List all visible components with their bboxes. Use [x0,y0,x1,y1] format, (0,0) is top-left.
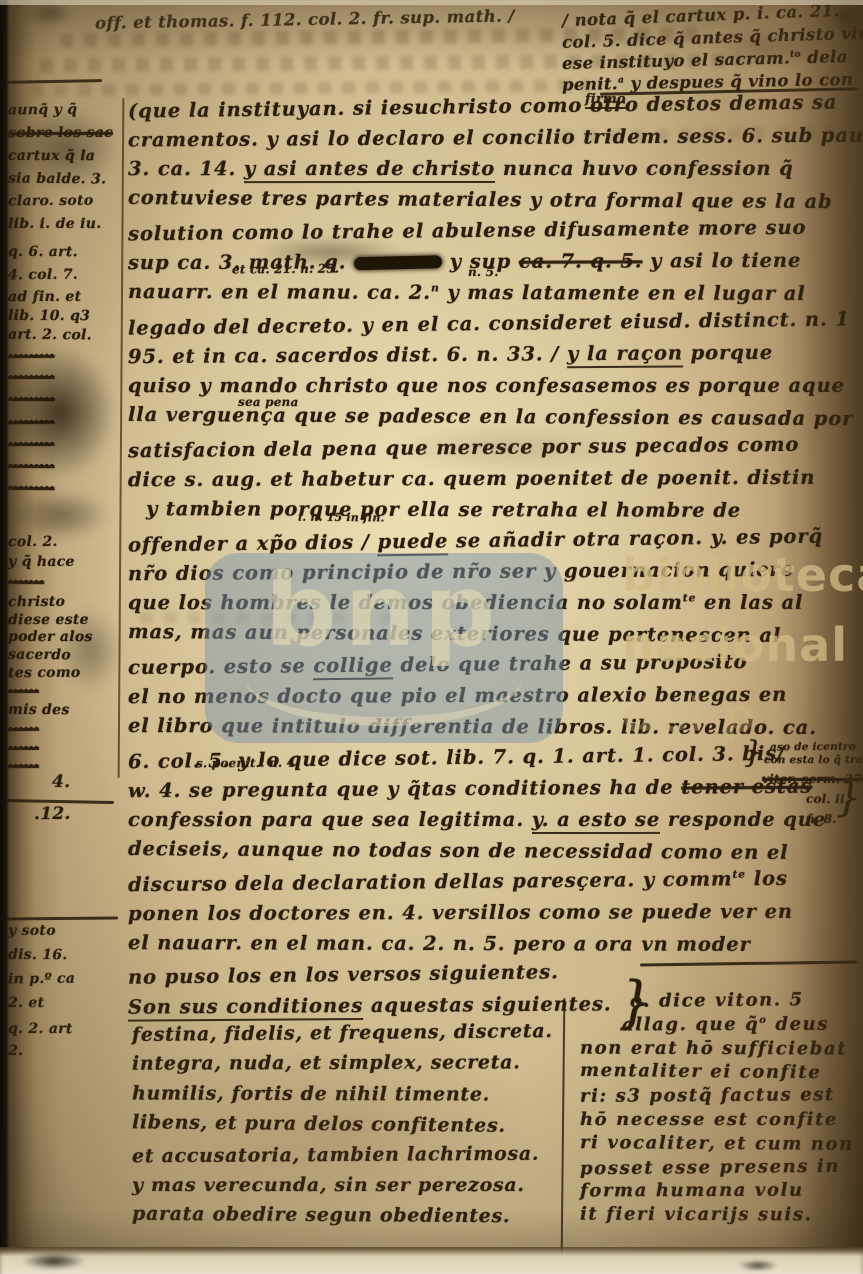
latin-note-line: posset esse presens in [580,1157,840,1177]
brace-glyph: } [744,738,764,768]
brace-glyph: } [618,975,655,1031]
margin-note: ······· [8,575,44,589]
latin-note-line: mentaliter ei confite [580,1062,821,1082]
margin-note: ········· [8,370,55,384]
main-text-line: el no menos docto que pio el maestro ale… [128,685,787,707]
main-text-line: deciseis, aunque no todas son de necessi… [128,839,789,862]
margin-note: viter. serm. 37.ª [762,773,863,785]
main-text-line: quiso y mando christo que nos confesasem… [128,376,845,396]
ink-bleedthrough [560,125,850,142]
header-rule [600,87,858,95]
margin-rule [0,916,118,920]
interlinear-note: i. n. 15 in fin. [298,512,385,524]
main-text-line: sup ca. 3. math. q. y sup ca. 7. q. 5. y… [128,251,801,273]
margin-note: tes como [8,666,81,680]
margin-note: lib. i. de iu. [8,217,101,231]
latin-note-line: hō necesse est confite [580,1111,838,1129]
column-divider-line [561,998,566,1256]
watermark-text: del p [622,692,756,738]
latin-note-line: it fieri vicarijs suis. [580,1206,813,1225]
main-text-line: 95. et in ca. sacerdos dist. 6. n. 33. /… [128,343,773,367]
top-citation-note: off. et thomas. f. 112. col. 2. fr. sup.… [95,8,515,32]
margin-note: sobre los sac [8,126,113,140]
latin-note-line: ri vocaliter, et cum non [580,1134,854,1154]
verse-line: festina, fidelis, et frequens, discreta. [132,1022,553,1045]
margin-note: aunq̃ y q̃ [8,103,77,118]
margin-note: ······ [8,741,39,755]
main-text-line: legado del decreto. y en el ca. consider… [128,309,850,338]
main-text-line: el libro que intitulo differentia de lib… [128,716,817,737]
margin-note: ñ. 8. [806,813,837,825]
ink-smudge [45,590,135,710]
margin-rule [2,799,114,803]
margin-note: sacerdo [8,648,71,663]
ink-smudge [824,0,863,40]
margin-rule [2,79,102,83]
ink-smudge [0,325,135,500]
section-rule [640,960,858,966]
margin-note: ······ [8,759,39,773]
margin-note: con esta lo q̃ trahe [764,755,863,766]
margin-note: 4. [52,774,71,791]
margin-note: lib. 10. q3 [8,309,90,323]
ink-bleedthrough [140,612,400,624]
margin-divider-line [118,98,125,778]
latin-note-line: ri: s3 postq̃ factus est [580,1086,835,1106]
main-text-line: no puso los en los versos siguientes. [128,962,559,987]
margin-note: dis. 16. [8,948,68,962]
margin-note: art. 2. col. [8,328,92,343]
main-text-line: w. 4. se pregunta que y q̃tas conditione… [128,777,812,801]
margin-note: 2. et [8,996,44,1010]
margin-note: ········· [8,415,55,429]
margin-note: mis des [8,703,70,717]
library-watermark: bnp biblioteca nacional del p [0,0,863,1274]
ink-bleedthrough [40,54,740,73]
interlinear-note: s. poenit.a n. 4. [196,757,300,770]
scan-backing-edge [0,0,863,5]
margin-note: ad fin. et [8,290,81,304]
margin-note: ········· [8,437,55,451]
ink-smudge [0,90,140,210]
swoosh-icon [245,665,523,726]
main-text-line: lla verguença que se padesce en la confe… [128,405,853,429]
main-text-line: el nauarr. en el man. ca. 2. n. 5. pero … [128,933,751,954]
main-text-line: offender a xp̃o dios / puede se añadir o… [128,527,823,555]
main-text-line: contuviese tres partes materiales y otra… [128,188,833,212]
latin-note-line: forma humana volu [580,1182,804,1201]
margin-note: ········· [8,349,55,363]
stain [360,418,660,478]
main-text-line: 6. col. 5. y lo que dice sot. lib. 7. q.… [128,744,785,772]
gutter-shadow [0,0,9,1274]
margin-note: diese este [8,613,89,627]
interlinear-note: n. 5. [468,266,499,278]
margin-note: claro. soto [8,194,94,209]
main-text-line: cramentos. y asi lo declaro el concilio … [128,126,863,150]
interlinear-note: sea pena [238,396,299,408]
scan-vignette [0,0,863,1274]
margin-note: ······ [8,722,39,736]
margin-note: y soto [8,924,56,938]
main-text-line: 3. ca. 14. y asi antes de christo nunca … [128,159,794,179]
ink-smudge [230,232,430,272]
margin-note: in p.º ca [8,972,75,987]
main-text-line: confession para que sea legitima. y. a e… [128,810,826,830]
margin-note: y q̃ hace [8,555,75,569]
main-text-line: dice s. aug. et habetur ca. quem poenite… [128,468,815,490]
margin-note: ········· [8,392,55,406]
margin-note: 4. col. 7. [8,268,78,283]
main-text-line: solution como lo trahe el abulense difus… [128,218,807,244]
stain [120,990,580,1270]
margin-note: col. ii. [806,793,849,805]
verse-line: humilis, fortis de nihil timente. [132,1084,490,1104]
main-text-line: discurso dela declaration dellas paresçe… [128,869,788,895]
main-text-line: Son sus conditiones aquestas siguientes. [128,994,612,1017]
main-text-line: satisfacion dela pena que meresce por su… [128,435,799,461]
ink-bleedthrough [60,27,700,48]
firmo-interlinear: firmo [585,93,626,109]
main-text-line: ponen los doctores en. 4. versillos como… [128,902,793,924]
page-bottom-edge [0,1247,863,1274]
main-text-line: que los hombres le demos obediencia no s… [128,593,803,613]
margin-note: ········· [8,481,55,495]
margin-note: ······ [8,684,39,698]
margin-note: 2. [8,1044,23,1058]
main-text-line: (que la instituyan. si iesuchristo como … [128,92,838,121]
ink-smudge [0,480,130,550]
margin-note: aso de icentro [770,742,856,753]
margin-note: ········· [8,459,55,473]
main-text-line: nr̃o dios como principio de nr̃o ser y g… [128,560,794,584]
top-note-line: col. 5. dice q̃ antes q̃ christo vini [562,25,863,51]
verse-line: libens, et pura delos confitentes. [132,1113,506,1136]
top-note-line: ese instituyo el sacram.to dela [562,48,848,72]
verse-line: et accusatoria, tambien lachrimosa. [132,1144,539,1166]
margin-note: col. 2. [8,535,58,549]
ink-bleedthrough [30,80,590,97]
bnp-logo: bnp [205,561,563,661]
verse-line: parata obedire segun obedientes. [132,1205,510,1226]
watermark-text: nacional [622,622,848,668]
main-text-line: mas, mas aun personales exteriores que p… [128,622,781,645]
latin-note-line: o. dice viton. 5 [630,991,804,1011]
margin-note: christo [8,595,65,610]
watermark-text: biblioteca [622,552,863,598]
margin-note: .12. [34,806,71,823]
margin-note: sia balde. 3. [8,172,106,187]
main-text-line: y tambien porque por ella se retraha el … [146,499,741,520]
verse-line: integra, nuda, et simplex, secreta. [132,1054,521,1074]
top-note-line: / nota q̃ el cartux p. i. ca. 21. [562,3,840,30]
main-text-line: nauarr. en el manu. ca. 2.n y mas latame… [128,282,806,303]
verse-line: y mas verecunda, sin ser perezosa. [132,1176,525,1195]
latin-note-line: allag. que q̃o deus [622,1015,829,1034]
main-text-line: cuerpo. esto se collige delo que trahe a… [128,652,748,678]
margin-note: q. 2. art [8,1022,73,1036]
margin-note: q. 6. art. [8,245,78,259]
brace-glyph: } [836,778,862,818]
interlinear-note: et ca. 21. n. 25. [232,262,339,275]
watermark-logo-tile: bnp [205,553,563,743]
latin-note-line: non erat hō sufficiebat [580,1039,847,1058]
manuscript-page: off. et thomas. f. 112. col. 2. fr. sup.… [0,0,863,1274]
margin-note: poder alos [8,630,93,644]
margin-note: cartux q̃ la [8,149,95,163]
stain [690,18,850,78]
